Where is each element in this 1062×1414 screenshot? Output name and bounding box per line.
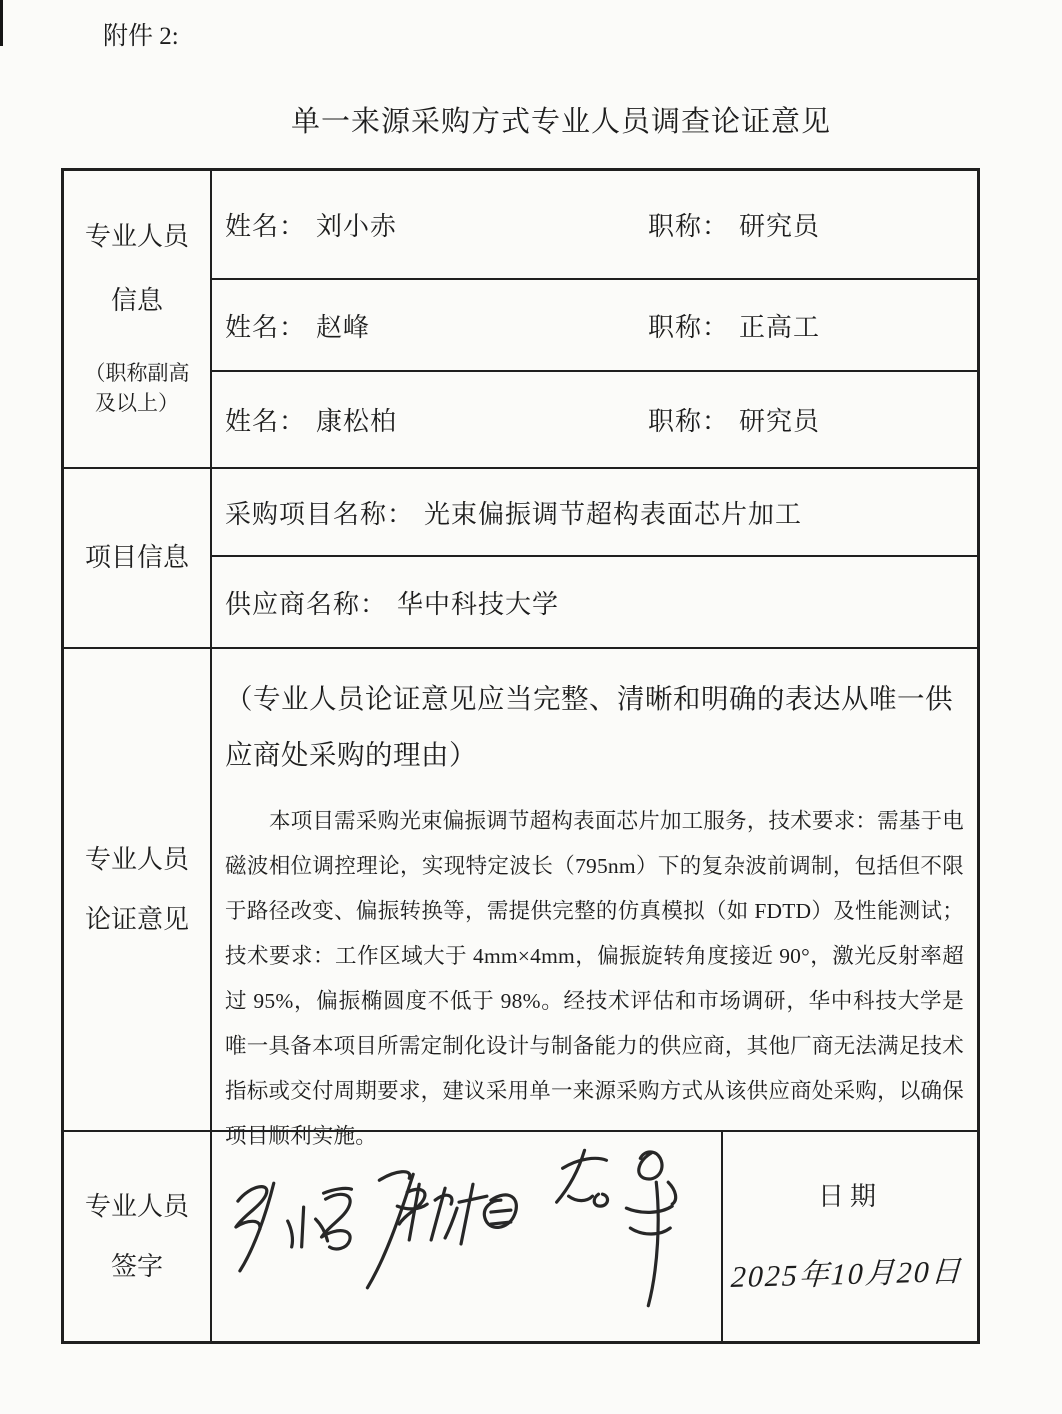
title-label: 职称： <box>648 313 729 342</box>
signature-zhao-feng <box>557 1150 676 1305</box>
project-info-section: 项目信息 采购项目名称：光束偏振调节超构表面芯片加工 供应商名称：华中科技大学 <box>64 467 977 647</box>
project-name-label: 采购项目名称： <box>225 494 414 531</box>
signatures-cell <box>212 1132 721 1341</box>
scan-edge-artifact <box>0 0 3 46</box>
opinion-content-cell: （专业人员论证意见应当完整、清晰和明确的表达从唯一供应商处采购的理由） 本项目需… <box>212 649 977 1130</box>
personnel-header-note-line1: （职称副高 <box>85 358 190 388</box>
title-value: 正高工 <box>739 313 820 342</box>
name-cell: 姓名：赵峰 <box>225 307 648 344</box>
personnel-info-header-cell: 专业人员 信息 （职称副高 及以上） <box>64 171 212 467</box>
scanned-form-page: 附件 2: 单一来源采购方式专业人员调查论证意见 专业人员 信息 （职称副高 及… <box>0 0 1062 1414</box>
project-row-2: 供应商名称：华中科技大学 <box>212 557 977 647</box>
signature-kang-songbai <box>367 1172 516 1288</box>
title-value: 研究员 <box>739 407 820 436</box>
title-cell: 职称：研究员 <box>648 206 977 243</box>
signature-header-line1: 专业人员 <box>85 1189 189 1224</box>
title-label: 职称： <box>648 212 729 241</box>
personnel-header-note-line2: 及以上） <box>85 388 190 418</box>
title-label: 职称： <box>648 407 729 436</box>
signature-header-cell: 专业人员 签字 <box>64 1132 212 1341</box>
handwritten-date: 2025年10月20日 <box>730 1246 964 1296</box>
personnel-row-1: 姓名：刘小赤 职称：研究员 <box>212 171 977 280</box>
signature-section: 专业人员 签字 <box>64 1130 977 1341</box>
project-row-1: 采购项目名称：光束偏振调节超构表面芯片加工 <box>212 469 977 557</box>
name-label: 姓名： <box>225 212 306 241</box>
personnel-rows: 姓名：刘小赤 职称：研究员 姓名：赵峰 职称：正高工 姓名：康松柏 职称：研究员 <box>212 171 977 467</box>
form-table: 专业人员 信息 （职称副高 及以上） 姓名：刘小赤 职称：研究员 姓名：赵峰 职… <box>61 168 980 1344</box>
personnel-row-2: 姓名：赵峰 职称：正高工 <box>212 280 977 372</box>
name-value: 赵峰 <box>316 313 370 342</box>
opinion-section: 专业人员 论证意见 （专业人员论证意见应当完整、清晰和明确的表达从唯一供应商处采… <box>64 647 977 1130</box>
opinion-body-text: 本项目需采购光束偏振调节超构表面芯片加工服务，技术要求：需基于电磁波相位调控理论… <box>225 799 964 1159</box>
personnel-header-note: （职称副高 及以上） <box>85 358 190 419</box>
supplier-name-label: 供应商名称： <box>225 584 387 621</box>
name-label: 姓名： <box>225 313 306 342</box>
date-label: 日期 <box>818 1176 882 1213</box>
signature-header-line2: 签字 <box>111 1249 163 1284</box>
date-cell: 日期 2025年10月20日 <box>721 1132 977 1341</box>
project-name-value: 光束偏振调节超构表面芯片加工 <box>424 494 802 531</box>
document-title: 单一来源采购方式专业人员调查论证意见 <box>80 99 1042 140</box>
opinion-header-line2: 论证意见 <box>85 902 189 937</box>
title-cell: 职称：正高工 <box>648 307 977 344</box>
name-label: 姓名： <box>225 407 306 436</box>
signature-liu-xiaochi <box>236 1183 352 1271</box>
name-value: 康松柏 <box>316 407 397 436</box>
title-value: 研究员 <box>739 212 820 241</box>
opinion-header-line1: 专业人员 <box>85 842 189 877</box>
personnel-row-3: 姓名：康松柏 职称：研究员 <box>212 372 977 467</box>
personnel-header-line2: 信息 <box>111 283 163 318</box>
opinion-header-cell: 专业人员 论证意见 <box>64 649 212 1130</box>
supplier-name-value: 华中科技大学 <box>397 584 559 621</box>
title-cell: 职称：研究员 <box>648 401 977 438</box>
name-value: 刘小赤 <box>316 212 397 241</box>
handwritten-signatures <box>212 1132 721 1341</box>
opinion-instruction-note: （专业人员论证意见应当完整、清晰和明确的表达从唯一供应商处采购的理由） <box>225 671 964 783</box>
attachment-label: 附件 2: <box>103 16 179 52</box>
opinion-content: （专业人员论证意见应当完整、清晰和明确的表达从唯一供应商处采购的理由） 本项目需… <box>212 649 977 1159</box>
project-rows: 采购项目名称：光束偏振调节超构表面芯片加工 供应商名称：华中科技大学 <box>212 469 977 647</box>
project-header: 项目信息 <box>85 540 189 575</box>
name-cell: 姓名：康松柏 <box>225 401 648 438</box>
personnel-info-section: 专业人员 信息 （职称副高 及以上） 姓名：刘小赤 职称：研究员 姓名：赵峰 职… <box>64 171 977 467</box>
project-info-header-cell: 项目信息 <box>64 469 212 647</box>
personnel-header-line1: 专业人员 <box>85 219 189 254</box>
name-cell: 姓名：刘小赤 <box>225 206 648 243</box>
